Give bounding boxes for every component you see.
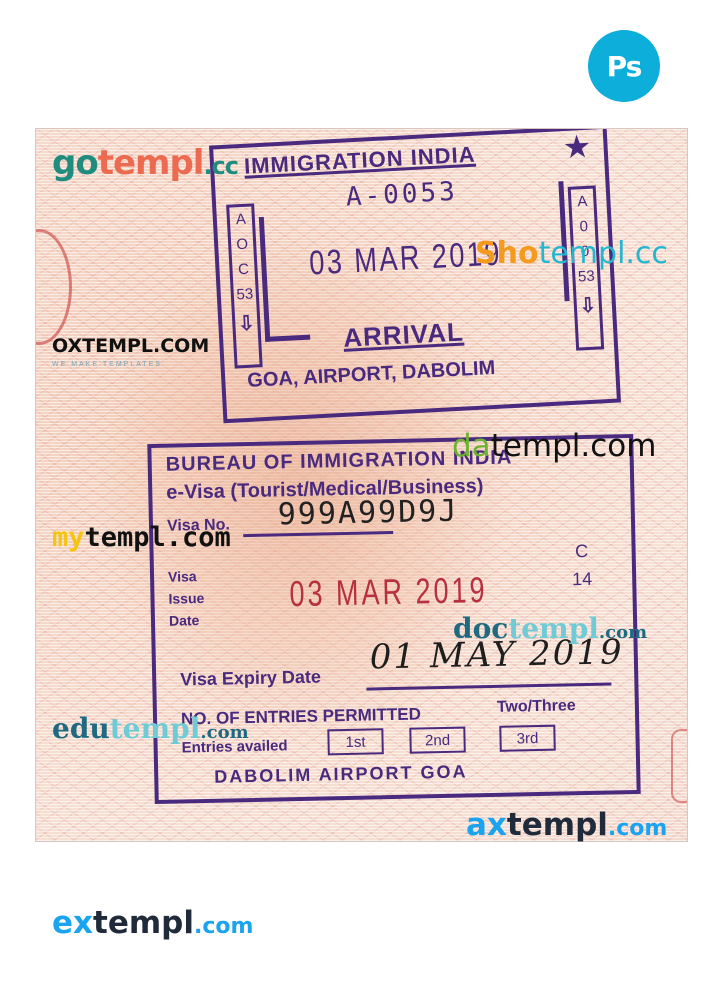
watermark-edutempl: edutempl.com	[52, 712, 249, 745]
watermark-shotempl: Shotempl.cc	[475, 236, 668, 271]
red-seal-fragment	[35, 229, 72, 345]
stamp-side-code-left: A O C 53 ⇩	[226, 203, 263, 368]
issue-date: 03 MAR 2019	[289, 569, 488, 615]
down-arrow-icon: ⇩	[237, 310, 255, 336]
evisa-stamp-footer: DABOLIM AIRPORT GOA	[214, 761, 468, 787]
visa-no-underline	[243, 531, 393, 537]
photoshop-icon: Ps	[588, 30, 660, 102]
entry-box-3rd: 3rd	[499, 725, 556, 752]
watermark-gotempl: gotempl.cc	[52, 143, 238, 183]
entries-permitted-value: Two/Three	[497, 697, 576, 717]
entry-box-2nd: 2nd	[409, 727, 466, 754]
down-arrow-icon: ⇩	[579, 293, 597, 319]
watermark-axtempl: axtempl.com	[466, 807, 667, 843]
issue-date-label: Visa Issue Date	[168, 564, 229, 631]
watermark-oxtempl-tagline: WE MAKE TEMPLATES	[52, 361, 162, 368]
expiry-underline	[366, 682, 611, 690]
stamp-code: C 14	[571, 537, 592, 593]
watermark-datempl: datempl.com	[452, 428, 656, 464]
watermark-doctempl: doctempl.com	[453, 612, 647, 645]
stamp-inner-corner	[259, 215, 310, 342]
arrival-date: 03 MAR 2019	[308, 234, 503, 283]
red-seal-fragment-right	[671, 729, 688, 803]
watermark-mytempl: mytempl.com	[52, 522, 231, 553]
arrival-label: ARRIVAL	[342, 317, 464, 354]
arrival-stamp: IMMIGRATION INDIA ★ A-0053 A O C 53 ⇩ A …	[209, 128, 621, 423]
arrival-location: GOA, AIRPORT, DABOLIM	[247, 357, 496, 393]
watermark-oxtempl: OXTEMPL.COM	[52, 335, 209, 357]
visa-number: 999A99D9J	[277, 494, 458, 533]
star-icon: ★	[564, 130, 591, 164]
watermark-extempl: extempl.com	[52, 905, 253, 941]
expiry-date-label: Visa Expiry Date	[180, 667, 321, 691]
arrival-stamp-title: IMMIGRATION INDIA	[243, 142, 476, 180]
stamp-number: A-0053	[345, 177, 458, 213]
entry-box-1st: 1st	[327, 728, 384, 755]
